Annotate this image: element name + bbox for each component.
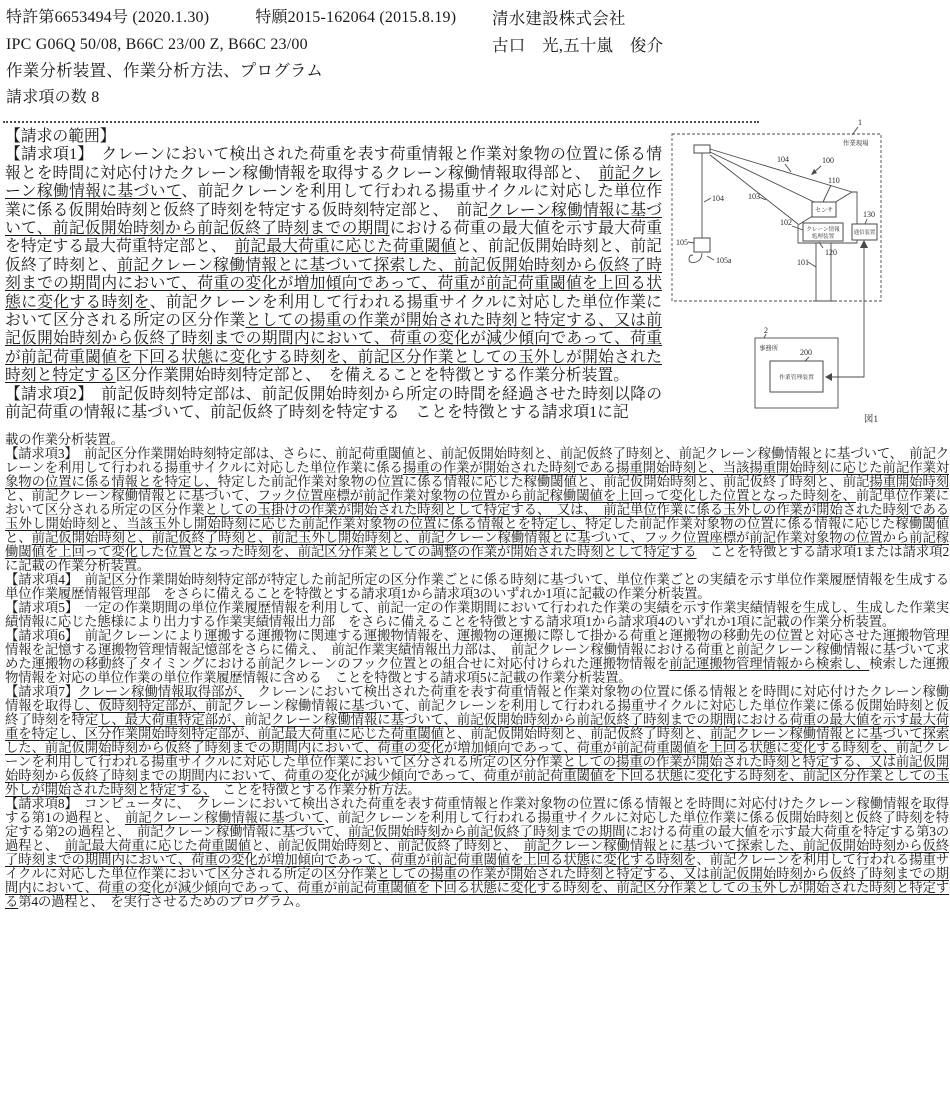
crane-info-label-line2: 処理装置: [812, 232, 835, 240]
comm-device-label: 通信装置: [854, 228, 876, 236]
ref-1: 1: [858, 118, 862, 127]
ref-105a: 105a: [716, 256, 732, 265]
header-line-numbers: 特許第6653494号 (2020.1.30)特願2015-162064 (20…: [6, 5, 946, 32]
patent-number: 特許第6653494号 (2020.1.30): [6, 9, 209, 26]
claim-8: 【請求項8】 コンピュータに、 クレーンにおいて検出された荷重を表す荷重情報と作…: [5, 797, 949, 909]
ref-105-leader: [688, 242, 694, 243]
assignee-name: 清水建設株式会社: [492, 5, 663, 32]
crane-info-label-line1: クレーン情報: [806, 225, 840, 233]
claim-4: 【請求項4】 前記区分作業開始時刻特定部が特定した前記所定の区分作業ごとに係る時…: [5, 573, 949, 601]
ref-100: 100: [822, 156, 834, 165]
ref-104-left: 104: [712, 194, 724, 203]
sensor-label: センサ: [815, 207, 833, 214]
ref-103: 103: [748, 192, 760, 201]
ref-2: 2: [764, 326, 768, 335]
ref-102-leader: [792, 226, 803, 230]
claim-7: 【請求項7】クレーン稼働情報取得部が、 クレーンにおいて検出された荷重を表す荷重…: [5, 685, 949, 797]
ref-104-left-leader: [704, 198, 711, 202]
figure-1-crane-diagram: 作業現場 1 104 104 103 100 105 105a: [658, 112, 950, 464]
claim-1: 【請求項1】 クレーンにおいて検出された荷重を表す荷重情報と作業対象物の位置に係…: [5, 146, 662, 385]
ref-130: 130: [863, 210, 875, 219]
document-header: 特許第6653494号 (2020.1.30)特願2015-162064 (20…: [6, 5, 946, 111]
ref-130-leader: [865, 219, 867, 224]
claims-column-narrow: 【請求の範囲】 【請求項1】 クレーンにおいて検出された荷重を表す荷重情報と作業…: [5, 128, 662, 423]
ref-104-top: 104: [777, 155, 789, 164]
claim-6: 【請求項6】 前記クレーンにより運搬する運搬物に関連する運搬物情報を、運搬物の運…: [5, 629, 949, 685]
ref-102: 102: [780, 218, 792, 227]
load-block: [694, 238, 710, 252]
ref-104-top-leader: [785, 164, 791, 172]
hook-shape: [689, 253, 702, 263]
work-mgmt-label: 作業管理装置: [779, 373, 814, 381]
comm-link-arrow-up: [860, 240, 868, 248]
figure-1-svg: 作業現場 1 104 104 103 100 105 105a: [658, 112, 950, 464]
boom-bottom-chord: [710, 155, 798, 224]
ref-110: 110: [828, 176, 840, 185]
header-right-block: 清水建設株式会社 古口 光,五十嵐 俊介: [492, 5, 663, 59]
comm-link-arrow-left: [825, 373, 832, 381]
ipc-codes: IPC G06Q 50/08, B66C 23/00 Z, B66C 23/00: [6, 32, 946, 59]
patent-document-page: 特許第6653494号 (2020.1.30)特願2015-162064 (20…: [0, 0, 950, 1096]
header-left-block: 特許第6653494号 (2020.1.30)特願2015-162064 (20…: [6, 5, 946, 111]
pulley-block: [694, 145, 710, 153]
claim-5: 【請求項5】 一定の作業期間の単位作業履歴情報を利用して、前記一定の作業期間にお…: [5, 601, 949, 629]
ref-101: 101: [797, 258, 809, 267]
separator-line: [3, 121, 759, 123]
ref-105a-leader: [707, 256, 714, 260]
boom-cable: [710, 152, 814, 202]
ref-200: 200: [800, 348, 812, 357]
comm-link-line: [828, 243, 864, 377]
claims-section-title: 【請求の範囲】: [5, 128, 662, 146]
ref-105: 105: [676, 238, 688, 247]
inventor-names: 古口 光,五十嵐 俊介: [492, 32, 663, 59]
invention-title: 作業分析装置、作業分析方法、プログラム: [6, 58, 946, 85]
claim-2: 【請求項2】 前記仮時刻特定部は、前記仮開始時刻から所定の時間を経過させた時刻以…: [5, 386, 662, 423]
claims-count: 請求項の数 8: [6, 85, 946, 112]
ref-101-leader: [808, 262, 816, 267]
claims-full-width: 載の作業分析装置。 【請求項3】 前記区分作業開始時刻特定部は、さらに、前記荷重…: [5, 433, 949, 909]
work-site-label: 作業現場: [843, 138, 869, 147]
ref-110-leader: [823, 185, 831, 202]
claim-3: 【請求項3】 前記区分作業開始時刻特定部は、さらに、前記荷重閾値と、前記仮開始時…: [5, 447, 949, 573]
ref-200-leader: [805, 357, 809, 361]
office-label: 事務所: [759, 343, 779, 352]
figure-caption: 図1: [864, 414, 879, 425]
application-number: 特願2015-162064 (2015.8.19): [255, 9, 456, 26]
